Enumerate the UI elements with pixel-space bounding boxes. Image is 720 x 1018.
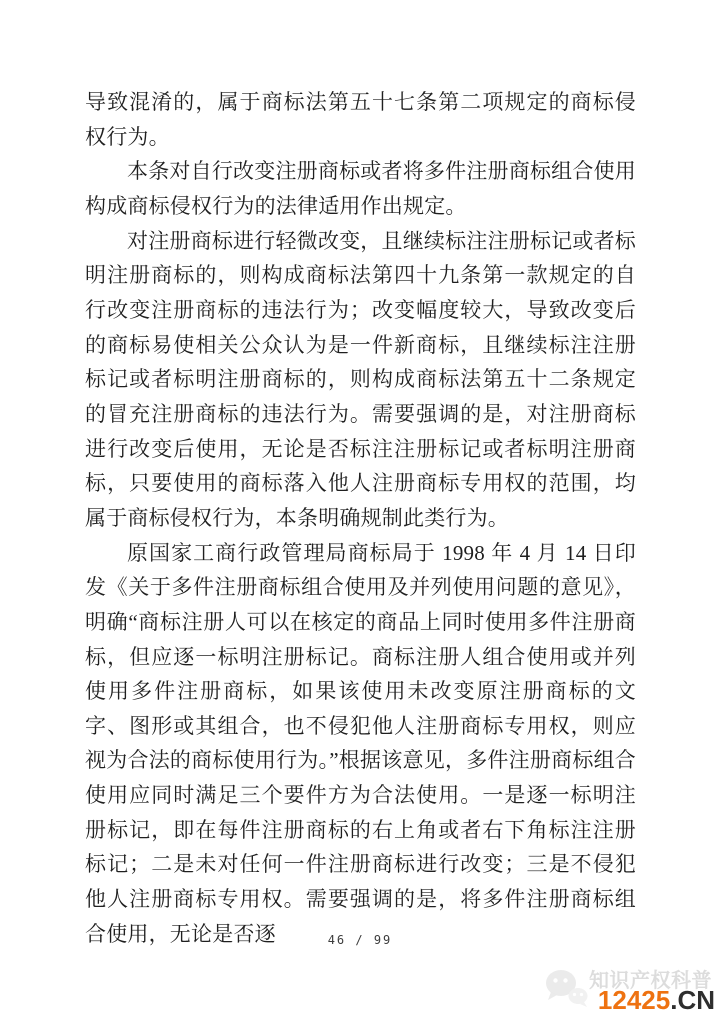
paragraph: 导致混淆的，属于商标法第五十七条第二项规定的商标侵权行为。: [85, 85, 636, 154]
watermark: 知识产权科普 12425.CN: [543, 963, 715, 1013]
page-number: 46 / 99: [0, 933, 720, 947]
watermark-domain-number: 12425: [598, 985, 670, 1015]
watermark-domain: 12425.CN: [598, 987, 715, 1013]
chat-bubbles-icon: [543, 966, 589, 1010]
paragraph: 对注册商标进行轻微改变，且继续标注注册标记或者标明注册商标的，则构成商标法第四十…: [85, 224, 636, 536]
paragraph: 原国家工商行政管理局商标局于 1998 年 4 月 14 日印发《关于多件注册商…: [85, 536, 636, 952]
body-text: 导致混淆的，属于商标法第五十七条第二项规定的商标侵权行为。本条对自行改变注册商标…: [85, 85, 636, 951]
document-page: 导致混淆的，属于商标法第五十七条第二项规定的商标侵权行为。本条对自行改变注册商标…: [0, 0, 720, 1018]
paragraph: 本条对自行改变注册商标或者将多件注册商标组合使用构成商标侵权行为的法律适用作出规…: [85, 154, 636, 223]
watermark-domain-tld: .CN: [670, 985, 715, 1015]
